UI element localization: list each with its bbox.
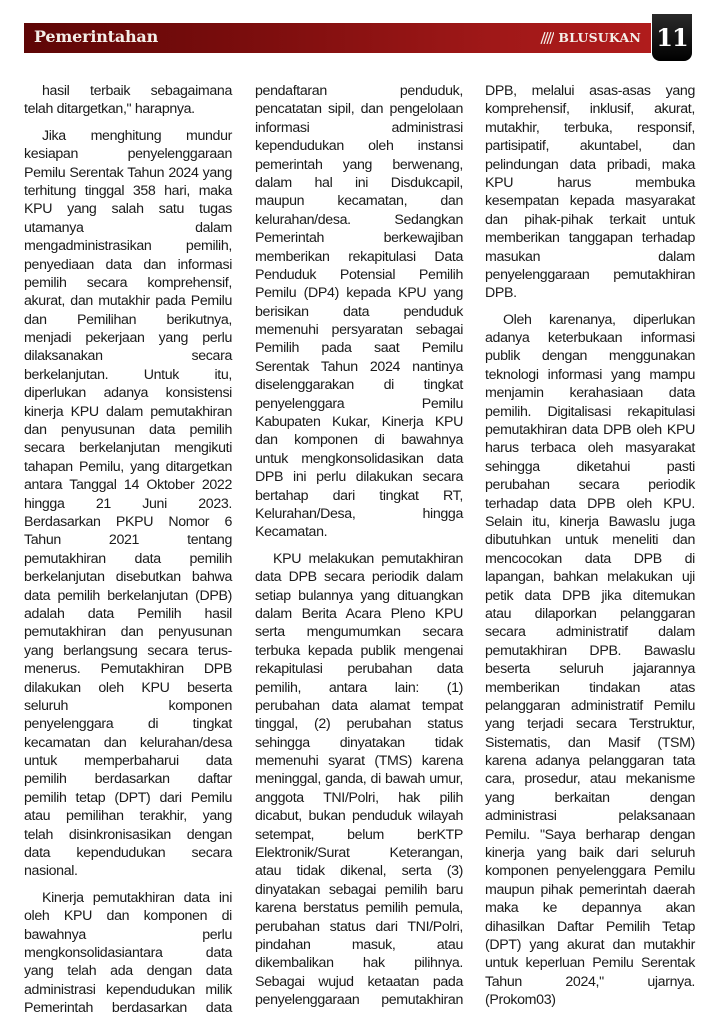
text-line: Berdasarkan PKPU Nomor 6 [24, 513, 232, 531]
text-line: atau tidak dikenal, serta (3) [255, 862, 463, 880]
text-line: perubahan secara periodik [485, 476, 695, 494]
text-line: pemutakhiran data DPB oleh KPU [485, 421, 695, 439]
article-paragraph: DPB, melalui asas-asas yangkomprehensif,… [485, 82, 695, 303]
text-line: pencatatan sipil, dan pengelolaan [255, 100, 463, 118]
text-line: lapangan, bahkan melakukan uji [485, 568, 695, 586]
article-paragraph: KPU melakukan pemutakhirandata DPB secar… [255, 550, 463, 1010]
text-line: menerus. Pemutakhiran DPB [24, 660, 232, 678]
text-line: penyelenggara Pemilu [255, 395, 463, 413]
text-line: karena berstatus pemilih pemula, [255, 899, 463, 917]
text-line: untuk mengkonsolidasikan data [255, 450, 463, 468]
text-line: dinyatakan sebagai pemilih baru [255, 881, 463, 899]
text-line: dan penyusunan data pemilih [24, 421, 232, 439]
article-paragraph: Kinerja pemutakhiran data inioleh KPU da… [24, 889, 232, 1018]
text-line: Tahun 2021 tentang [24, 531, 232, 549]
text-line: kinerja yang baik dari seluruh [485, 844, 695, 862]
text-line: kesiapan penyelenggaraan [24, 145, 232, 163]
text-line: beserta seluruh jajarannya [485, 660, 695, 678]
text-line: Penduduk Potensial Pemilih [255, 266, 463, 284]
text-line: Elektronik/Surat Keterangan, [255, 844, 463, 862]
article-column-3: DPB, melalui asas-asas yangkomprehensif,… [485, 82, 695, 1010]
text-line: (Prokom03) [485, 991, 695, 1009]
text-line: oleh KPU dan komponen di [24, 907, 232, 925]
text-line: sehingga diketahui pasti [485, 458, 695, 476]
text-line: memberikan tindakan atas [485, 679, 695, 697]
text-line: pemutakhiran data pemilih [24, 550, 232, 568]
text-line: dan Pemilihan berikutnya, [24, 311, 232, 329]
text-line: pemutakhiran dan penyusunan [24, 623, 232, 641]
section-header-bar: Pemerintahan BLUSUKAN [24, 23, 651, 53]
text-line: hingga 21 Juni 2023. [24, 495, 232, 513]
text-line: dan komponen di bawahnya [255, 431, 463, 449]
text-line: perubahan status dari TNI/Polri, [255, 918, 463, 936]
text-line: administrasi kependudukan milik [24, 981, 232, 999]
text-line: telah disinkronisasikan dengan [24, 826, 232, 844]
text-line: Jika menghitung mundur [24, 127, 232, 145]
text-line: menjamin kerahasiaan data [485, 384, 695, 402]
text-line: data DPB secara periodik dalam [255, 568, 463, 586]
text-line: pemilih tetap (DPT) dari Pemilu [24, 789, 232, 807]
text-line: pemerintah yang berwenang, [255, 156, 463, 174]
brand: BLUSUKAN [540, 30, 641, 45]
text-line: penyelenggara di tingkat [24, 715, 232, 733]
text-line: akurat, dan mutakhir pada Pemilu [24, 292, 232, 310]
text-line: kinerja KPU dalam pemutakhiran [24, 403, 232, 421]
article-paragraph: hasil terbaik sebagaimanatelah ditargetk… [24, 82, 232, 119]
text-line: administrasi pelaksanaan [485, 807, 695, 825]
text-line: KPU melakukan pemutakhiran [255, 550, 463, 568]
text-line: mengadministrasikan pemilih, [24, 237, 232, 255]
text-line: setempat, belum berKTP [255, 826, 463, 844]
text-line: berkelanjutan disebutkan bahwa [24, 568, 232, 586]
text-line: pemilih berdasarkan daftar [24, 770, 232, 788]
text-line: mutakhir, terbuka, responsif, [485, 119, 695, 137]
text-line: adalah data Pemilih hasil [24, 605, 232, 623]
text-line: meninggal, ganda, di bawah umur, [255, 770, 463, 788]
text-line: secara berkelanjutan mengikuti [24, 439, 232, 457]
text-line: partisipatif, akuntabel, dan [485, 137, 695, 155]
text-line: masukan dalam [485, 248, 695, 266]
article-paragraph: Jika menghitung mundurkesiapan penyeleng… [24, 127, 232, 881]
text-line: maupun pihak pemerintah daerah [485, 881, 695, 899]
text-line: memenuhi syarat (TMS) karena [255, 752, 463, 770]
article-column-1: hasil terbaik sebagaimanatelah ditargetk… [24, 82, 232, 1018]
text-line: setiap bulannya yang dituangkan [255, 587, 463, 605]
text-line: pelanggaran administratif Pemilu [485, 697, 695, 715]
text-line: Sebagai wujud ketaatan pada [255, 973, 463, 991]
text-line: bertahap dari tingkat RT, [255, 487, 463, 505]
paragraph-gap [24, 881, 232, 889]
text-line: terhitung tinggal 358 hari, maka [24, 182, 232, 200]
text-line: terbuka kepada publik mengenai [255, 642, 463, 660]
text-line: KPU yang salah satu tugas [24, 200, 232, 218]
text-line: anggota TNI/Polri, hak pilih [255, 789, 463, 807]
text-line: Sistematis, dan Masif (TSM) [485, 734, 695, 752]
text-line: atau dilaporkan pelanggaran [485, 605, 695, 623]
text-line: perubahan data alamat tempat [255, 697, 463, 715]
text-line: memberikan tanggapan terhadap [485, 229, 695, 247]
text-line: kependudukan oleh instansi [255, 137, 463, 155]
text-line: dicabut, bukan penduduk wilayah [255, 807, 463, 825]
text-line: pemilih. Digitalisasi rekapitulasi [485, 403, 695, 421]
text-line: tinggal, (2) perubahan status [255, 715, 463, 733]
text-line: Selain itu, kinerja Bawaslu juga [485, 513, 695, 531]
text-line: penyelenggaraan pemutakhiran [485, 266, 695, 284]
text-line: karena adanya pelanggaran tata [485, 752, 695, 770]
text-line: (DPT) yang akurat dan mutakhir [485, 936, 695, 954]
text-line: menjadi pekerjaan yang perlu [24, 329, 232, 347]
article-paragraph: pendaftaran penduduk,pencatatan sipil, d… [255, 82, 463, 542]
text-line: komponen penyelenggara Pemilu [485, 862, 695, 880]
text-line: berisikan data penduduk [255, 303, 463, 321]
text-line: utamanya dalam [24, 219, 232, 237]
text-line: dalam Berita Acara Pleno KPU [255, 605, 463, 623]
paragraph-gap [255, 542, 463, 550]
text-line: sehingga dinyatakan tidak [255, 734, 463, 752]
text-line: pemilih secara komprehensif, [24, 274, 232, 292]
section-title: Pemerintahan [34, 27, 158, 46]
text-line: pemilih, antara lain: (1) [255, 679, 463, 697]
text-line: antara Tanggal 14 Oktober 2022 [24, 476, 232, 494]
text-line: Kelurahan/Desa, hingga [255, 505, 463, 523]
brand-name: BLUSUKAN [558, 30, 641, 45]
text-line: secara administratif dalam [485, 623, 695, 641]
text-line: maupun kecamatan, dan [255, 192, 463, 210]
text-line: serta mengumumkan secara [255, 623, 463, 641]
text-line: yang berlangsung secara terus- [24, 642, 232, 660]
text-line: DPB. [485, 284, 695, 302]
text-line: pendaftaran penduduk, [255, 82, 463, 100]
text-line: untuk keperluan Pemilu Serentak [485, 954, 695, 972]
text-line: kelurahan/desa. Sedangkan [255, 211, 463, 229]
text-line: Kecamatan. [255, 523, 463, 541]
text-line: komprehensif, inklusif, akurat, [485, 100, 695, 118]
text-line: teknologi informasi yang mampu [485, 366, 695, 384]
text-line: adanya keterbukaan informasi [485, 329, 695, 347]
text-line: dilakukan oleh KPU beserta [24, 679, 232, 697]
text-line: memberikan rekapitulasi Data [255, 248, 463, 266]
text-line: kesempatan kepada masyarakat [485, 192, 695, 210]
text-line: untuk memperbaharui data [24, 752, 232, 770]
text-line: pelindungan data pribadi, maka [485, 156, 695, 174]
text-line: DPB ini perlu dilakukan secara [255, 468, 463, 486]
text-line: penyelenggaraan pemutakhiran [255, 991, 463, 1009]
text-line: tahapan Pemilu, yang ditargetkan [24, 458, 232, 476]
text-line: Pemilih pada saat Pemilu [255, 339, 463, 357]
text-line: data pemilih berkelanjutan (DPB) [24, 587, 232, 605]
article-column-2: pendaftaran penduduk,pencatatan sipil, d… [255, 82, 463, 1010]
paragraph-gap [24, 119, 232, 127]
text-line: telah ditargetkan," harapnya. [24, 100, 232, 118]
text-line: DPB, melalui asas-asas yang [485, 82, 695, 100]
text-line: bawahnya perlu [24, 926, 232, 944]
text-line: Serentak Tahun 2024 nantinya [255, 358, 463, 376]
text-line: Kinerja pemutakhiran data ini [24, 889, 232, 907]
text-line: rekapitulasi perubahan data [255, 660, 463, 678]
text-line: yang telah ada dengan data [24, 962, 232, 980]
text-line: dikembalikan hak pilihnya. [255, 954, 463, 972]
text-line: KPU harus membuka [485, 174, 695, 192]
text-line: hasil terbaik sebagaimana [24, 82, 232, 100]
text-line: Pemilu. "Saya berharap dengan [485, 826, 695, 844]
text-line: pemutakhiran DPB. Bawaslu [485, 642, 695, 660]
text-line: informasi administrasi [255, 119, 463, 137]
text-line: penyediaan data dan informasi [24, 256, 232, 274]
text-line: atau pemilihan terakhir, yang [24, 807, 232, 825]
page-number: 11 [652, 14, 692, 61]
text-line: dihasilkan Daftar Pemilih Tetap [485, 918, 695, 936]
text-line: kecamatan dan kelurahan/desa [24, 734, 232, 752]
text-line: dilaksanakan secara [24, 347, 232, 365]
text-line: cara, prosedur, atau mekanisme [485, 770, 695, 788]
text-line: mengkonsolidasiantara data [24, 944, 232, 962]
text-line: Pemilu Serentak Tahun 2024 yang [24, 164, 232, 182]
paragraph-gap [485, 303, 695, 311]
text-line: harus terbaca oleh masyarakat [485, 439, 695, 457]
text-line: data kependudukan secara [24, 844, 232, 862]
text-line: Pemilu (DP4) kepada KPU yang [255, 284, 463, 302]
text-line: diselenggarakan di tingkat [255, 376, 463, 394]
text-line: Pemerintah berdasarkan data [24, 999, 232, 1017]
text-line: Pemerintah berkewajiban [255, 229, 463, 247]
text-line: dibutuhkan untuk meneliti dan [485, 531, 695, 549]
text-line: maka ke depannya akan [485, 899, 695, 917]
text-line: terhadap data DPB oleh KPU. [485, 495, 695, 513]
text-line: publik dengan menggunakan [485, 347, 695, 365]
text-line: Oleh karenanya, diperlukan [485, 311, 695, 329]
text-line: nasional. [24, 862, 232, 880]
text-line: yang berkaitan dengan [485, 789, 695, 807]
diagonal-stripes-icon [540, 32, 554, 44]
text-line: mencocokan data DPB di [485, 550, 695, 568]
text-line: dalam hal ini Disdukcapil, [255, 174, 463, 192]
text-line: berkelanjutan. Untuk itu, [24, 366, 232, 384]
article-paragraph: Oleh karenanya, diperlukanadanya keterbu… [485, 311, 695, 1010]
text-line: Kabupaten Kukar, Kinerja KPU [255, 413, 463, 431]
text-line: pindahan masuk, atau [255, 936, 463, 954]
text-line: diperlukan adanya konsistensi [24, 384, 232, 402]
text-line: seluruh komponen [24, 697, 232, 715]
text-line: dan pihak-pihak terkait untuk [485, 211, 695, 229]
text-line: memenuhi persyaratan sebagai [255, 321, 463, 339]
text-line: yang terjadi secara Terstruktur, [485, 715, 695, 733]
text-line: petik data DPB jika ditemukan [485, 587, 695, 605]
text-line: Tahun 2024," ujarnya. [485, 973, 695, 991]
